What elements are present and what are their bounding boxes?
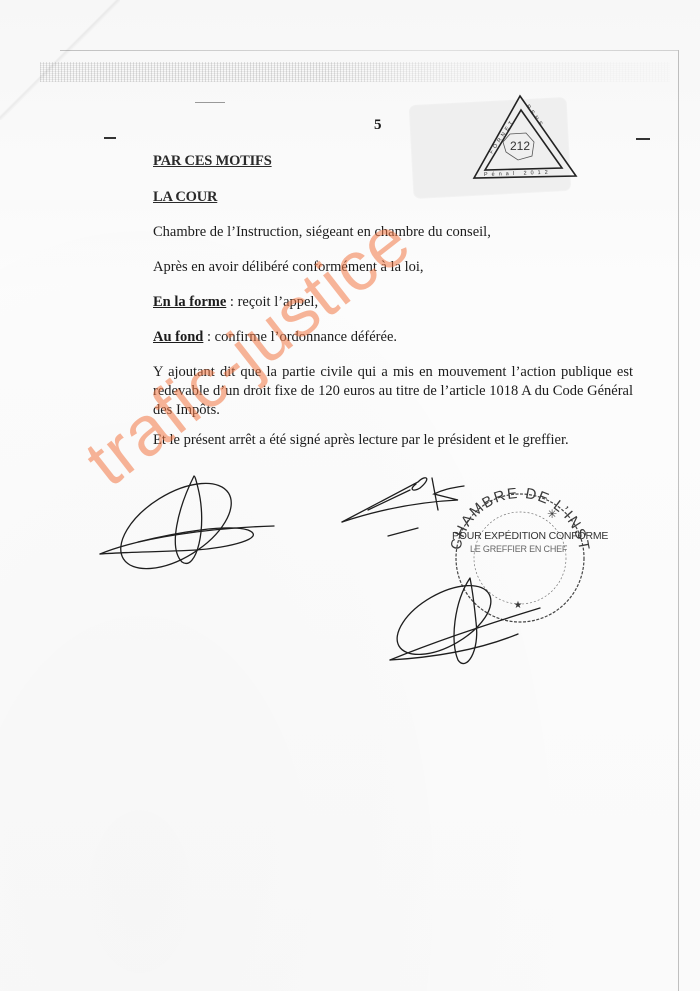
seal-star-top: ✳ xyxy=(547,507,557,521)
scan-noise-band xyxy=(40,62,670,82)
margin-mark-right xyxy=(636,138,650,140)
paragraph-droit-fixe: Y ajoutant dit que la partie civile qui … xyxy=(153,363,633,420)
paragraph-forme: En la forme : reçoit l’appel, xyxy=(153,293,633,312)
page-corner-fold xyxy=(0,0,120,120)
stamp-right-text: RENE xyxy=(524,104,545,130)
page-number: 5 xyxy=(374,117,382,134)
president-signature xyxy=(98,468,278,578)
page-edge-right xyxy=(678,50,679,991)
paragraph-fond: Au fond : confirme l’ordonnance déférée. xyxy=(153,328,633,347)
stamp-number: 212 xyxy=(510,139,530,153)
seal-expedition-conforme: POUR EXPÉDITION CONFORME xyxy=(452,530,608,542)
page-edge-top xyxy=(60,50,678,51)
seal-greffier-en-chef: LE GREFFIER EN CHEF xyxy=(470,544,567,554)
paragraph-deliberation: Après en avoir délibéré conformément à l… xyxy=(153,258,633,277)
heading-par-ces-motifs: PAR CES MOTIFS xyxy=(153,152,633,171)
text-en-la-forme: : reçoit l’appel, xyxy=(226,294,318,310)
scan-mark xyxy=(195,102,225,103)
paragraph-chambre: Chambre de l’Instruction, siégeant en ch… xyxy=(153,223,633,242)
greffier-en-chef-signature xyxy=(384,572,544,672)
label-au-fond: Au fond xyxy=(153,329,203,345)
text-au-fond: : confirme l’ordonnance déférée. xyxy=(203,329,397,345)
margin-mark-left xyxy=(104,137,116,139)
label-en-la-forme: En la forme xyxy=(153,294,226,310)
heading-la-cour: LA COUR xyxy=(153,188,633,207)
paragraph-signature-statement: Et le présent arrêt a été signé après le… xyxy=(153,431,633,450)
